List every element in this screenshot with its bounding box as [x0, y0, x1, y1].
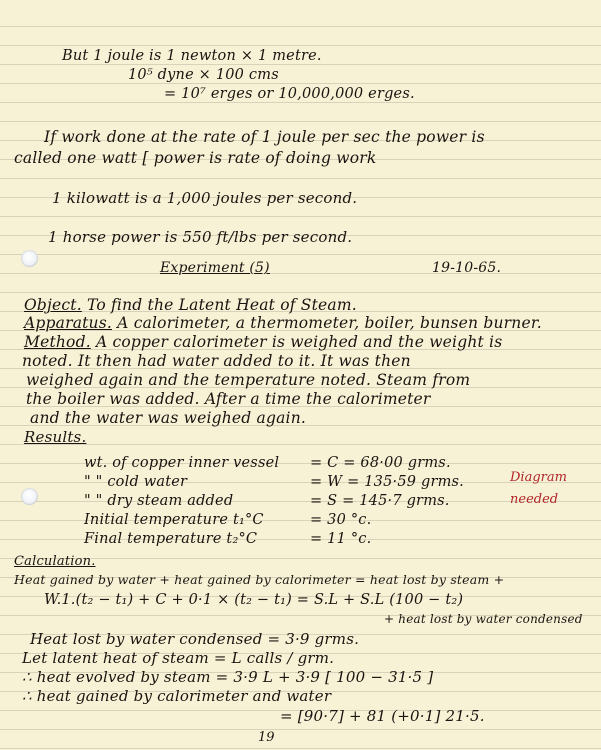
calc-line: ∴ heat evolved by steam = 3·9 L + 3·9 [ …	[22, 668, 433, 686]
result-value: = 30 °c.	[310, 512, 371, 528]
result-label: " " dry steam added	[84, 493, 233, 509]
experiment-title: Experiment (5)	[160, 260, 270, 276]
result-value: = S = 145·7 grms.	[310, 493, 450, 509]
method-label: Method.	[24, 333, 91, 351]
result-label: Initial temperature t₁°C	[84, 512, 264, 528]
page-number: 19	[258, 730, 275, 745]
method-line: weighed again and the temperature noted.…	[26, 371, 470, 389]
note-line: 10⁵ dyne × 100 cms	[128, 67, 279, 83]
note-line: 1 horse power is 550 ft/lbs per second.	[48, 228, 352, 246]
method-line: noted. It then had water added to it. It…	[22, 352, 411, 370]
calc-line: ∴ heat gained by calorimeter and water	[22, 687, 331, 705]
punch-hole	[21, 488, 38, 505]
note-line: = 10⁷ erges or 10,000,000 erges.	[164, 86, 415, 102]
result-label: " " cold water	[84, 474, 187, 490]
apparatus-label: Apparatus.	[24, 314, 112, 332]
result-label: wt. of copper inner vessel	[84, 455, 279, 471]
calc-line: W.1.(t₂ − t₁) + C + 0·1 × (t₂ − t₁) = S.…	[44, 592, 463, 608]
object-text: To find the Latent Heat of Steam.	[87, 296, 357, 314]
result-value: = 11 °c.	[310, 531, 371, 547]
method-line: and the water was weighed again.	[30, 409, 306, 427]
note-line: But 1 joule is 1 newton × 1 metre.	[62, 48, 322, 64]
margin-note: needed	[510, 492, 558, 507]
calc-line: = [90·7] + 81 (+0·1] 21·5.	[280, 707, 485, 725]
margin-note: Diagram	[510, 470, 567, 485]
note-line: called one watt [ power is rate of doing…	[14, 149, 376, 167]
calc-line: Heat lost by water condensed = 3·9 grms.	[30, 630, 359, 648]
calculation-label: Calculation.	[14, 554, 96, 569]
calc-line: Let latent heat of steam = L calls / grm…	[22, 649, 334, 667]
note-line: If work done at the rate of 1 joule per …	[44, 128, 485, 146]
notebook-page: But 1 joule is 1 newton × 1 metre. 10⁵ d…	[0, 0, 601, 750]
method-text: A copper calorimeter is weighed and the …	[96, 333, 502, 351]
method-line: the boiler was added. After a time the c…	[26, 390, 431, 408]
result-label: Final temperature t₂°C	[84, 531, 257, 547]
calc-line: Heat gained by water + heat gained by ca…	[14, 572, 504, 587]
experiment-date: 19-10-65.	[432, 260, 501, 276]
calc-line: + heat lost by water condensed	[384, 612, 583, 626]
apparatus-text: A calorimeter, a thermometer, boiler, bu…	[117, 314, 542, 332]
punch-hole	[21, 250, 38, 267]
note-line: 1 kilowatt is a 1,000 joules per second.	[52, 189, 357, 207]
result-value: = W = 135·59 grms.	[310, 474, 464, 490]
result-value: = C = 68·00 grms.	[310, 455, 451, 471]
object-label: Object.	[24, 296, 82, 314]
results-label: Results.	[24, 428, 86, 446]
